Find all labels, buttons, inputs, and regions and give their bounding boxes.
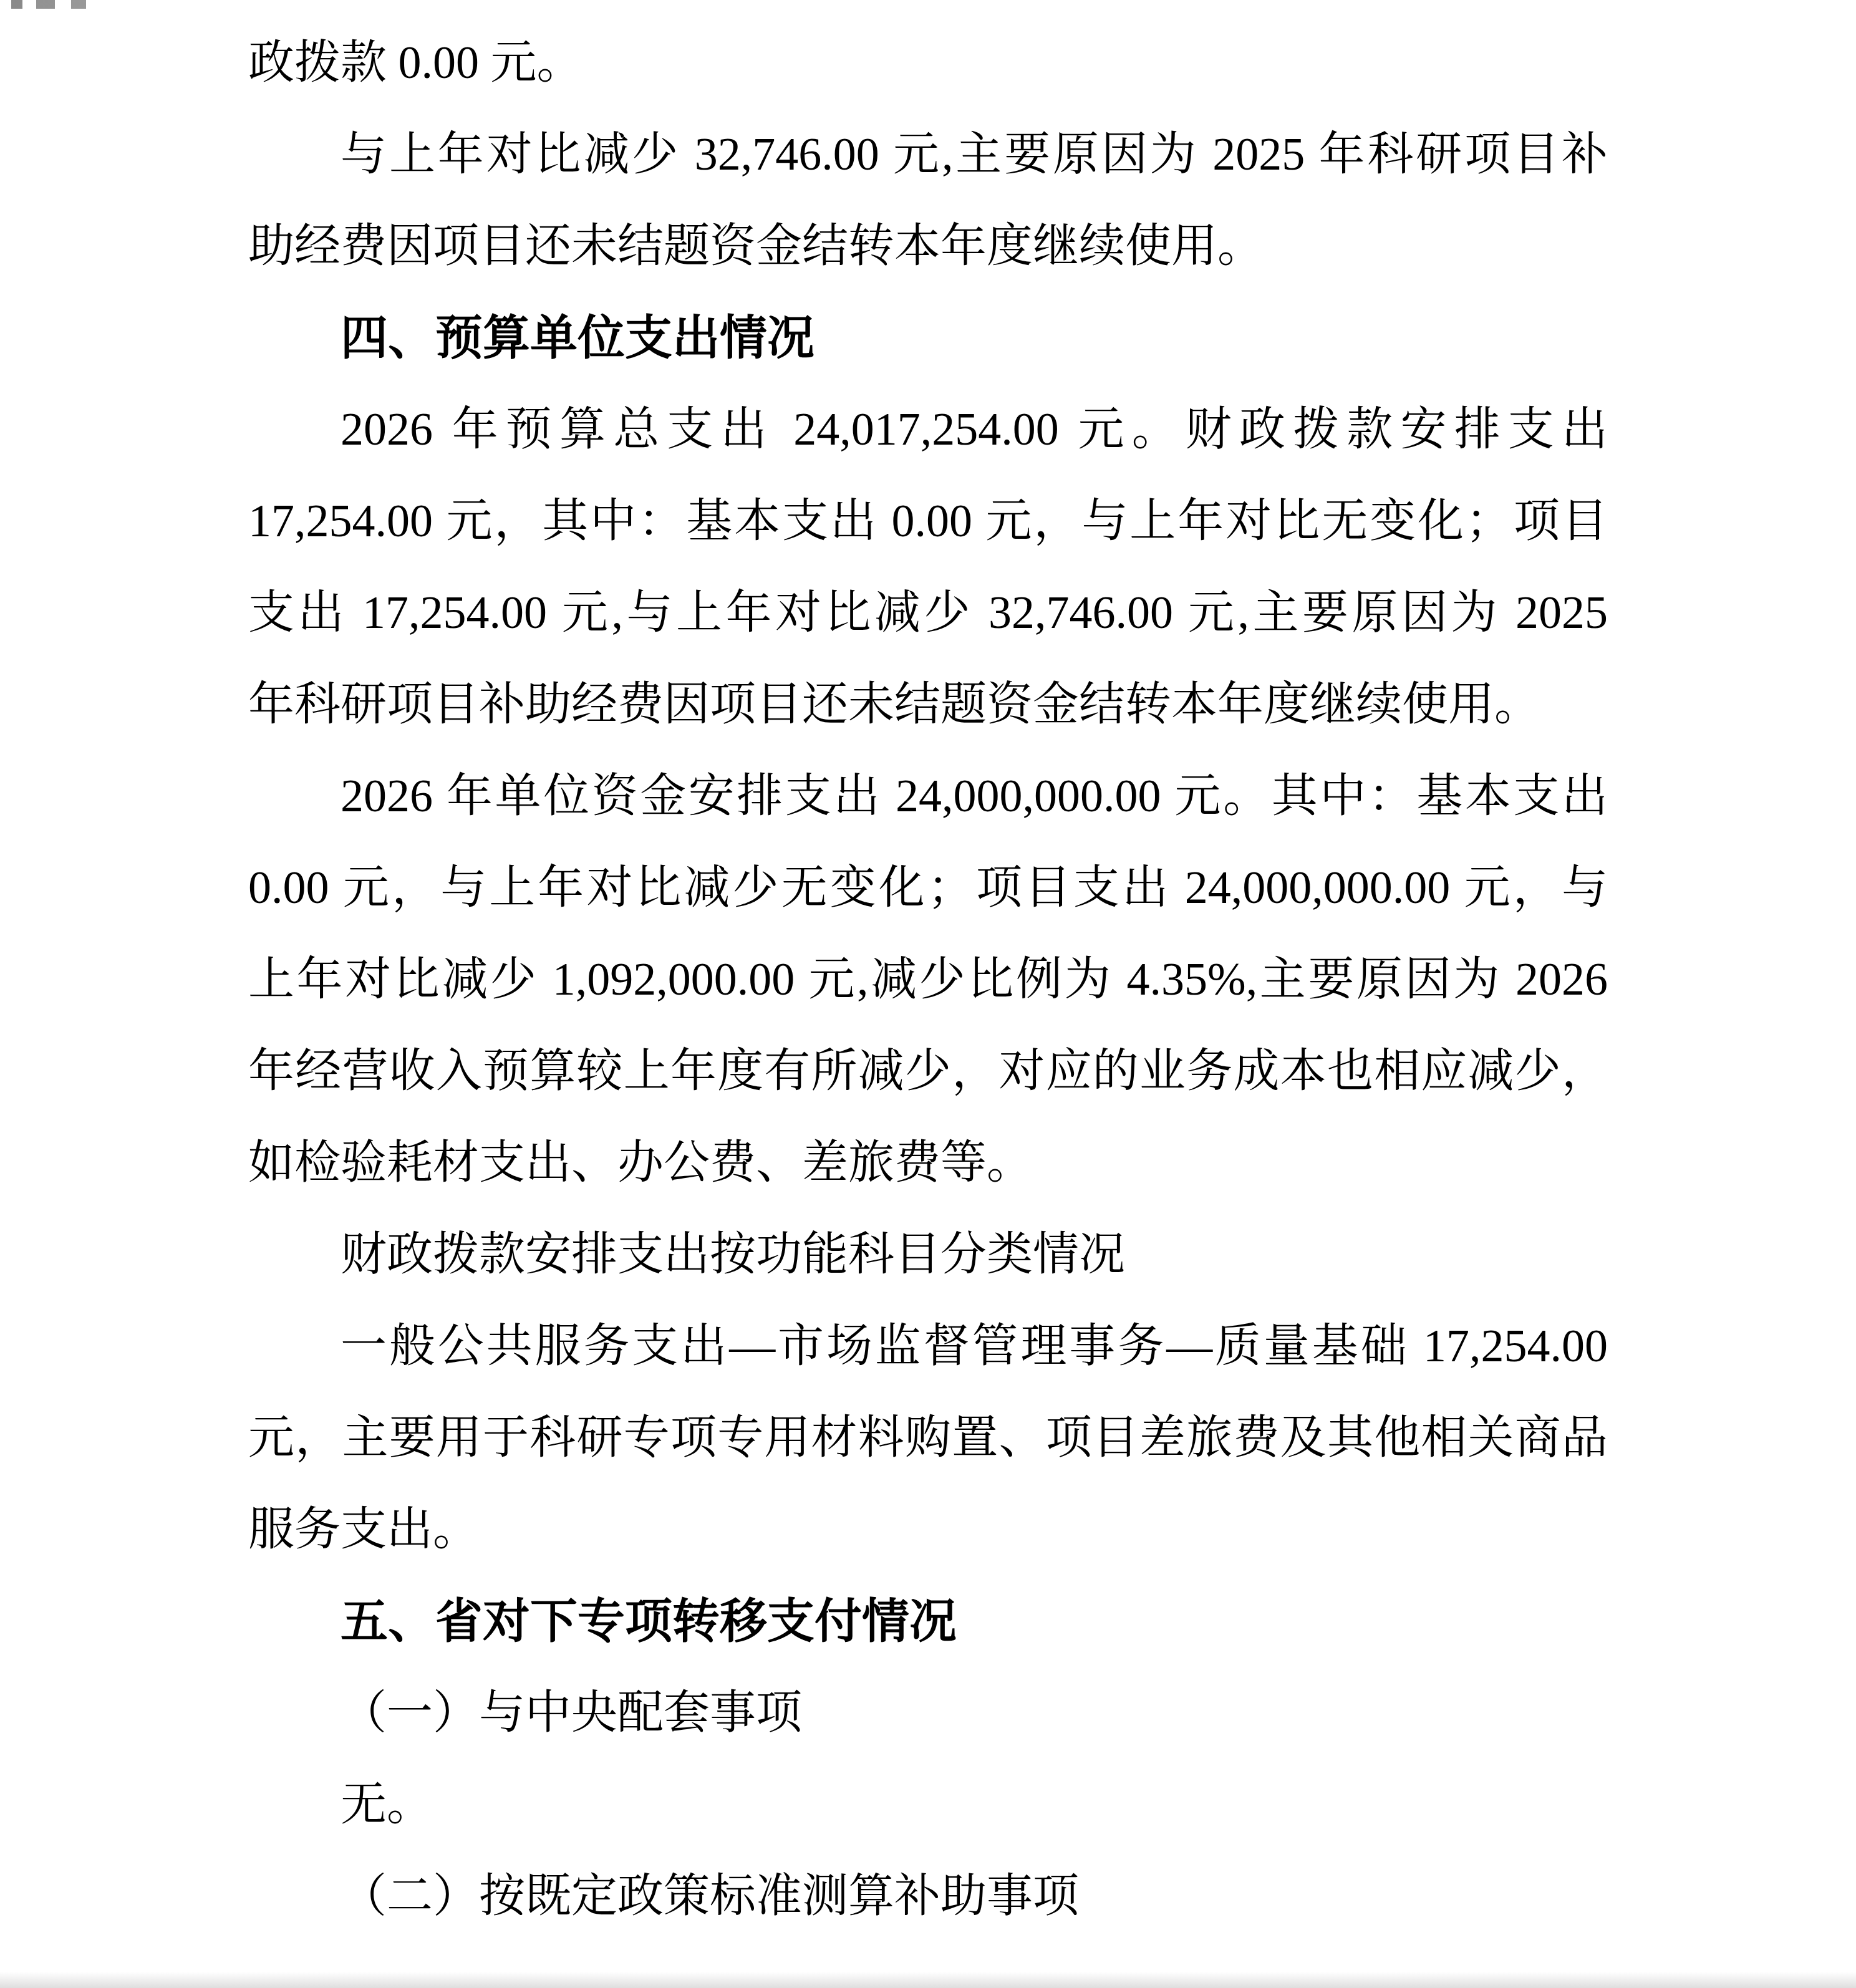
paragraph-line: 17,254.00 元，其中：基本支出 0.00 元，与上年对比无变化；项目 <box>248 476 1608 567</box>
subsection-2-heading: （二）按既定政策标准测算补助事项 <box>248 1851 1608 1942</box>
paragraph-line: 一般公共服务支出—市场监督管理事务—质量基础 17,254.00 <box>248 1301 1608 1392</box>
paragraph-line: 上年对比减少 1,092,000.00 元,减少比例为 4.35%,主要原因为 … <box>248 934 1608 1026</box>
paragraph-line: 元，主要用于科研专项专用材料购置、项目差旅费及其他相关商品 <box>248 1392 1608 1484</box>
paragraph-line: 支出 17,254.00 元,与上年对比减少 32,746.00 元,主要原因为… <box>248 567 1608 659</box>
paragraph-line: 年科研项目补助经费因项目还未结题资金结转本年度继续使用。 <box>248 659 1608 751</box>
none-paragraph-line: 无。 <box>248 1759 1608 1851</box>
scan-artifact-bottom <box>0 1972 1856 1988</box>
paragraph-line: 如检验耗材支出、办公费、差旅费等。 <box>248 1117 1608 1209</box>
paragraph-line: 2026 年单位资金安排支出 24,000,000.00 元。其中：基本支出 <box>248 751 1608 842</box>
section-4-heading: 四、预算单位支出情况 <box>248 292 1608 384</box>
text-block: 政拨款 0.00 元。 与上年对比减少 32,746.00 元,主要原因为 20… <box>248 17 1608 1942</box>
subsection-1-heading: （一）与中央配套事项 <box>248 1667 1608 1759</box>
paragraph-line: 年经营收入预算较上年度有所减少，对应的业务成本也相应减少， <box>248 1026 1608 1117</box>
scan-artifact-top-left <box>11 0 86 9</box>
paragraph-line: 财政拨款安排支出按功能科目分类情况 <box>248 1209 1608 1301</box>
paragraph-tail-line: 政拨款 0.00 元。 <box>248 17 1608 109</box>
paragraph-line: 助经费因项目还未结题资金结转本年度继续使用。 <box>248 201 1608 292</box>
paragraph-line: 与上年对比减少 32,746.00 元,主要原因为 2025 年科研项目补 <box>248 109 1608 201</box>
paragraph-line: 2026 年预算总支出 24,017,254.00 元。财政拨款安排支出 <box>248 384 1608 476</box>
paragraph-line: 0.00 元，与上年对比减少无变化；项目支出 24,000,000.00 元，与 <box>248 842 1608 934</box>
paragraph-line: 服务支出。 <box>248 1484 1608 1576</box>
document-page: 政拨款 0.00 元。 与上年对比减少 32,746.00 元,主要原因为 20… <box>0 0 1856 1988</box>
section-5-heading: 五、省对下专项转移支付情况 <box>248 1576 1608 1667</box>
